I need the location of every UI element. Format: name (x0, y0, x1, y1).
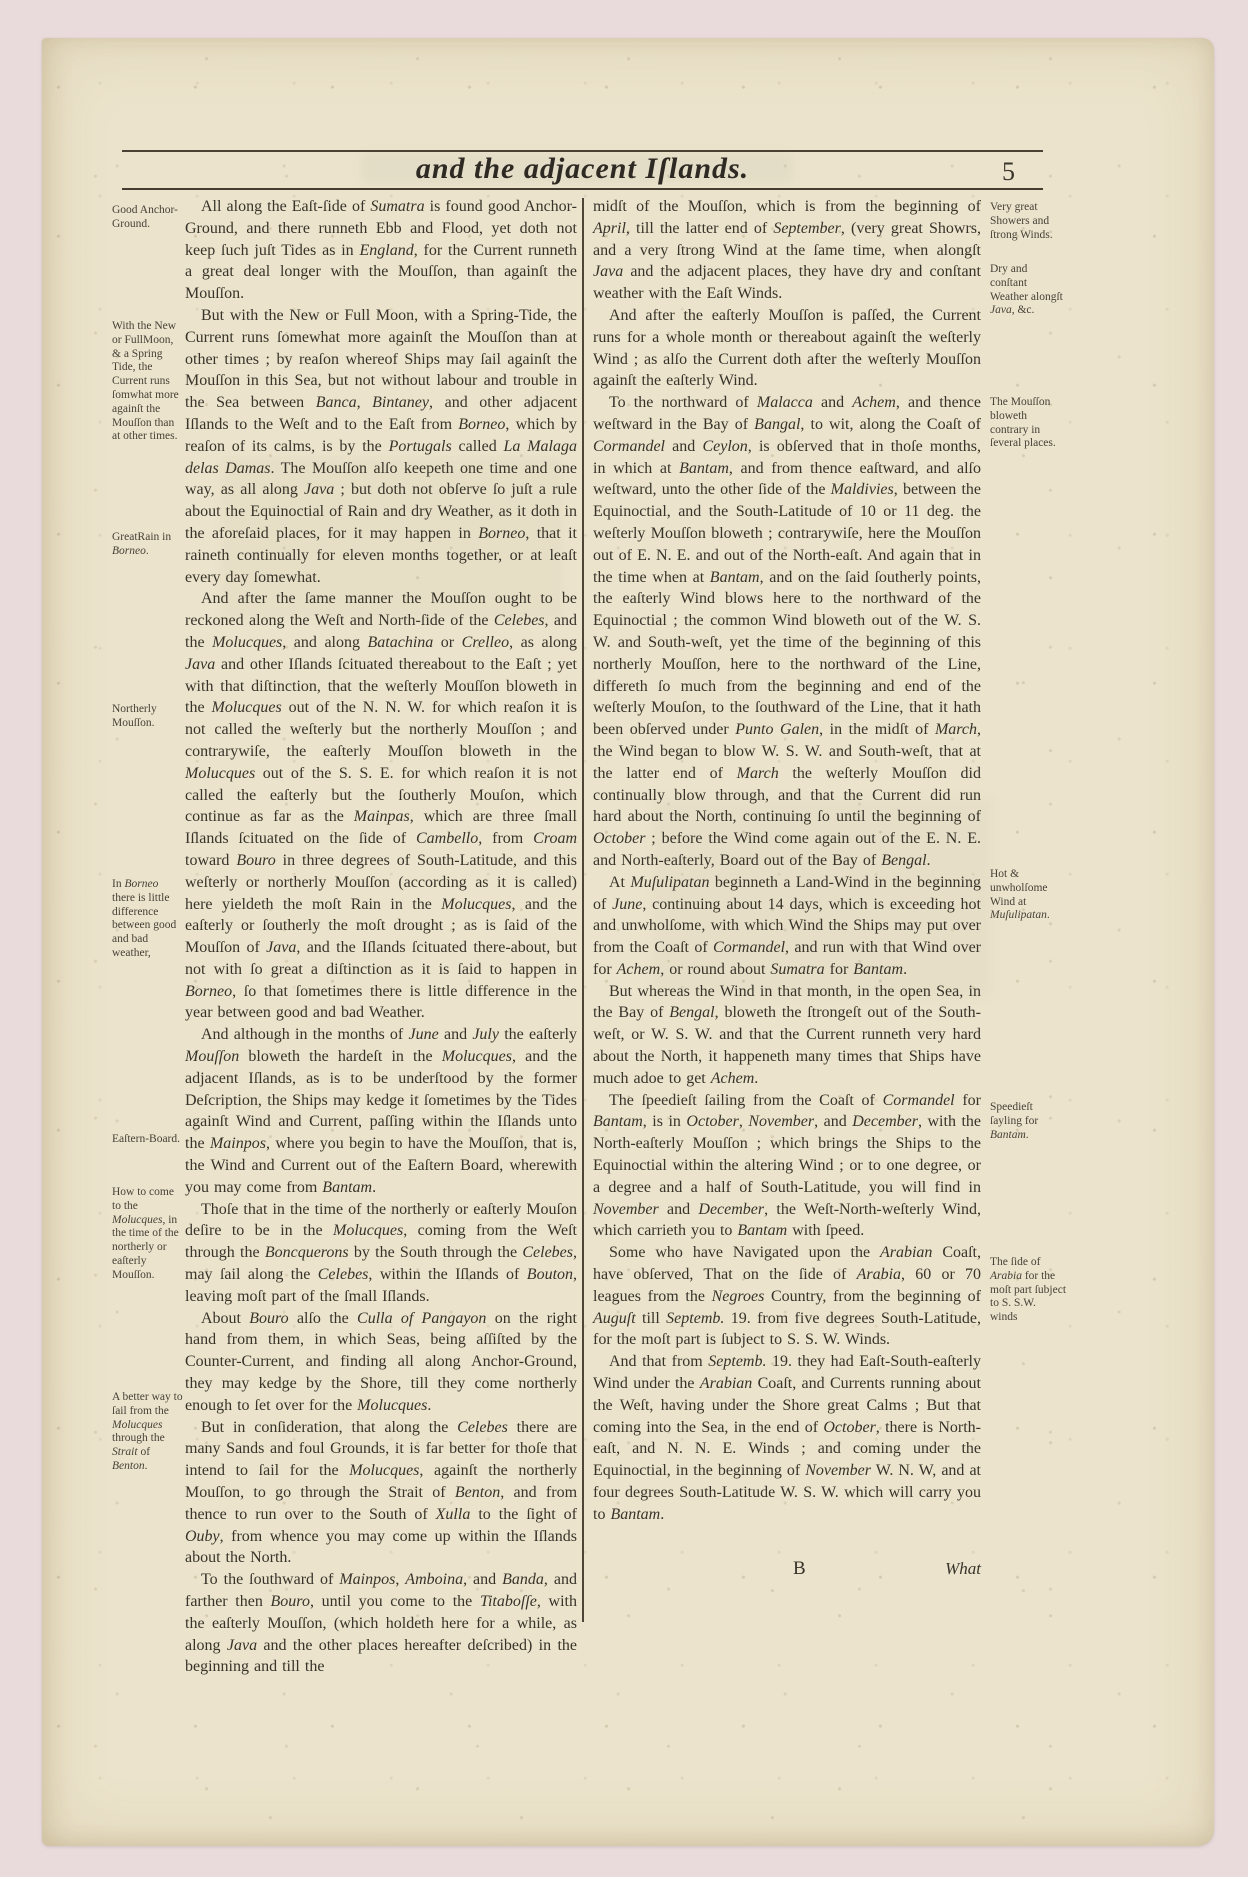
body-paragraph: The ſpeedieſt ſailing from the Coaſt of … (593, 1090, 981, 1243)
left-column: All along the Eaſt-ſide of Sumatra is fo… (185, 196, 577, 1678)
body-paragraph: At Muſulipatan beginneth a Land-Wind in … (593, 872, 981, 981)
margin-note: Hot & unwholſome Wind at Muſulipatan. (990, 868, 1066, 923)
header-rule-bottom (122, 188, 1043, 190)
page-number: 5 (1002, 157, 1015, 187)
margin-note: GreatRain in Borneo. (112, 531, 184, 559)
signature-line: B What (593, 1558, 981, 1580)
body-paragraph: To the ſouthward of Mainpos, Amboina, an… (185, 1569, 577, 1678)
catchword: What (945, 1558, 981, 1580)
margin-note: Good Anchor-Ground. (112, 204, 184, 232)
body-paragraph: But with the New or Full Moon, with a Sp… (185, 305, 577, 588)
signature-mark: B (793, 1558, 806, 1580)
margin-note: Northerly Mouſſon. (112, 703, 184, 731)
margin-note: Dry and conſtant Weather alongſt Java, &… (990, 263, 1066, 318)
margin-note: Very great Showers and ſtrong Winds. (990, 201, 1066, 242)
body-paragraph: About Bouro alſo the Culla of Pangayon o… (185, 1308, 577, 1417)
margin-note: With the New or FullMoon, & a Spring Tid… (112, 320, 184, 444)
body-paragraph: And after the eaſterly Mouſſon is paſſed… (593, 305, 981, 392)
body-paragraph: midſt of the Mouſſon, which is from the … (593, 196, 981, 305)
margin-note: The Mouſſon bloweth contrary in ſeveral … (990, 396, 1066, 451)
column-divider-rule (582, 198, 584, 1622)
body-paragraph: All along the Eaſt-ſide of Sumatra is fo… (185, 196, 577, 305)
body-paragraph: Thoſe that in the time of the northerly … (185, 1199, 577, 1308)
page-title: and the adjacent Iſlands. (416, 151, 749, 187)
margin-note: Speedieſt ſayling for Bantam. (990, 1101, 1066, 1142)
margin-note: In Borneo there is little difference bet… (112, 878, 184, 961)
right-column: midſt of the Mouſſon, which is from the … (593, 196, 981, 1579)
body-paragraph: And after the ſame manner the Mouſſon ou… (185, 588, 577, 1024)
body-paragraph: And that from Septemb. 19. they had Eaſt… (593, 1351, 981, 1525)
margin-note: Eaſtern-Board. (112, 1133, 184, 1147)
body-paragraph: But whereas the Wind in that month, in t… (593, 981, 981, 1090)
running-head: and the adjacent Iſlands. 5 (122, 151, 1043, 189)
margin-note: A better way to ſail from the Molucques … (112, 1391, 184, 1474)
scan-background: and the adjacent Iſlands. 5 Good Anchor-… (0, 0, 1248, 1877)
book-page: and the adjacent Iſlands. 5 Good Anchor-… (42, 38, 1214, 1846)
body-paragraph: To the northward of Malacca and Achem, a… (593, 392, 981, 872)
margin-note: How to come to the Molucques, in the tim… (112, 1186, 184, 1283)
body-paragraph: And although in the months of June and J… (185, 1024, 577, 1198)
margin-note: The ſide of Arabia for the moſt part ſub… (990, 1256, 1066, 1325)
body-paragraph: Some who have Navigated upon the Arabian… (593, 1242, 981, 1351)
body-paragraph: But in conſideration, that along the Cel… (185, 1417, 577, 1570)
